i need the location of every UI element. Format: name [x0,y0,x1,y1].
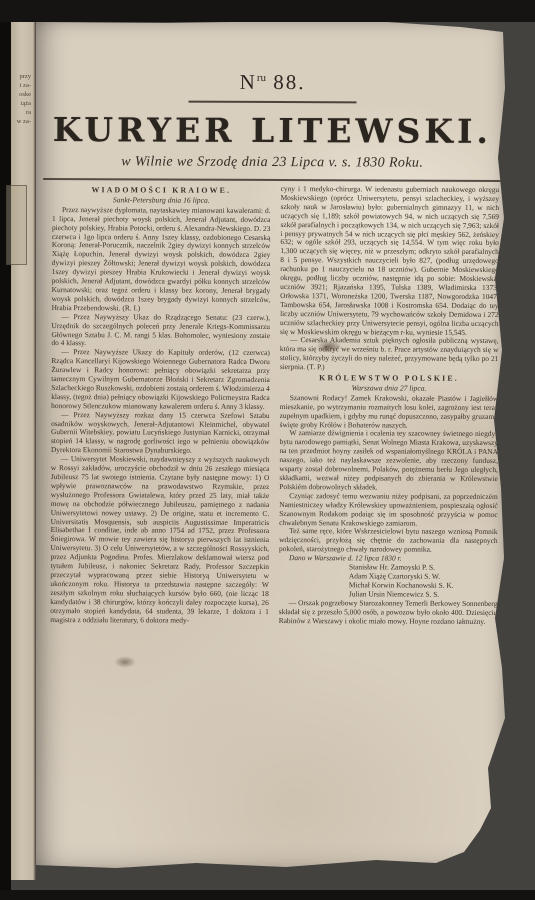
scan-top-strip [0,0,535,22]
paragraph: — Przez Naywyższy Ukaz do Rządzącego Sen… [51,313,270,350]
page-content: Nru 88. KURYER LITEWSKI. w Wilnie we Srz… [34,19,508,873]
article-columns: WIADOMOŚCI KRAIOWE. Sankt-Petersburg dni… [35,180,507,626]
section-heading-domestic-news: WIADOMOŚCI KRAIOWE. [52,186,271,196]
paragraph: — Uniwersytet Moskiewski, naydawnieyszy … [50,455,269,625]
masthead: Nru 88. KURYER LITEWSKI. w Wilnie we Srz… [37,19,508,172]
issue-number: Nru 88. [38,69,508,96]
paragraph-funeral-notice: — Orszak pogrzebowy Starozakonney Temerl… [279,599,498,627]
paragraph-continuation: cyny i 1 medyko-chirurga. W iedenastu gu… [280,185,499,337]
edge-text-fragment: oske [19,91,31,98]
newspaper-title: KURYER LITEWSKI. [37,110,507,151]
previous-page-sliver: przy i za- oske iąża ra w za- [11,18,36,880]
section-heading-kingdom-of-poland: KRÓLEWSTWO POLSKIE. [280,374,499,384]
scan-background: przy i za- oske iąża ra w za- Nru 88. KU… [0,0,535,900]
right-column: cyny i 1 medyko-chirurga. W iedenastu gu… [279,185,499,626]
edge-text-fragment: i za- [20,82,31,89]
newspaper-page: Nru 88. KURYER LITEWSKI. w Wilnie we Srz… [36,20,506,872]
issue-rule [188,101,356,104]
scan-bottom-strip [0,890,535,900]
paragraph: — Przez Naywyższe Ukazy do Kapituły orde… [51,348,270,411]
paragraph: Przez naywyższe dyplomata, naytaskawiey … [52,206,271,314]
edge-text-fragment: w za- [17,118,31,125]
issue-superscript: ru [257,72,266,84]
paragraph: — Przez Naywyższy rozkaz dany 15 czerwca… [51,411,270,456]
edge-text-fragment: przy [19,73,31,80]
paragraph: — Cesarska Akademia sztuk pięknych ogłos… [280,336,499,373]
paragraph: Czyniąc zadosyć temu wezwaniu niżey podp… [279,492,498,529]
paragraph: W zamiarze dźwignienia i ocalenia tey sz… [279,430,498,493]
issue-num: 88. [273,70,305,94]
edge-text-fragment: ra [26,109,31,116]
masthead-dateline: w Wilnie we Srzodę dnia 23 Lipca v. s. 1… [37,154,507,172]
paragraph: Też same ręce, które Wskrzesicielowi byt… [279,527,498,555]
left-column: WIADOMOŚCI KRAIOWE. Sankt-Petersburg dni… [50,184,270,625]
issue-n: N [240,70,257,94]
edge-frame-fragment [6,185,27,265]
paragraph: Szanowni Rodacy! Zamek Krakowski, okazał… [280,394,499,431]
edge-text-fragment: iąża [21,100,31,107]
binding-edge [0,0,11,900]
